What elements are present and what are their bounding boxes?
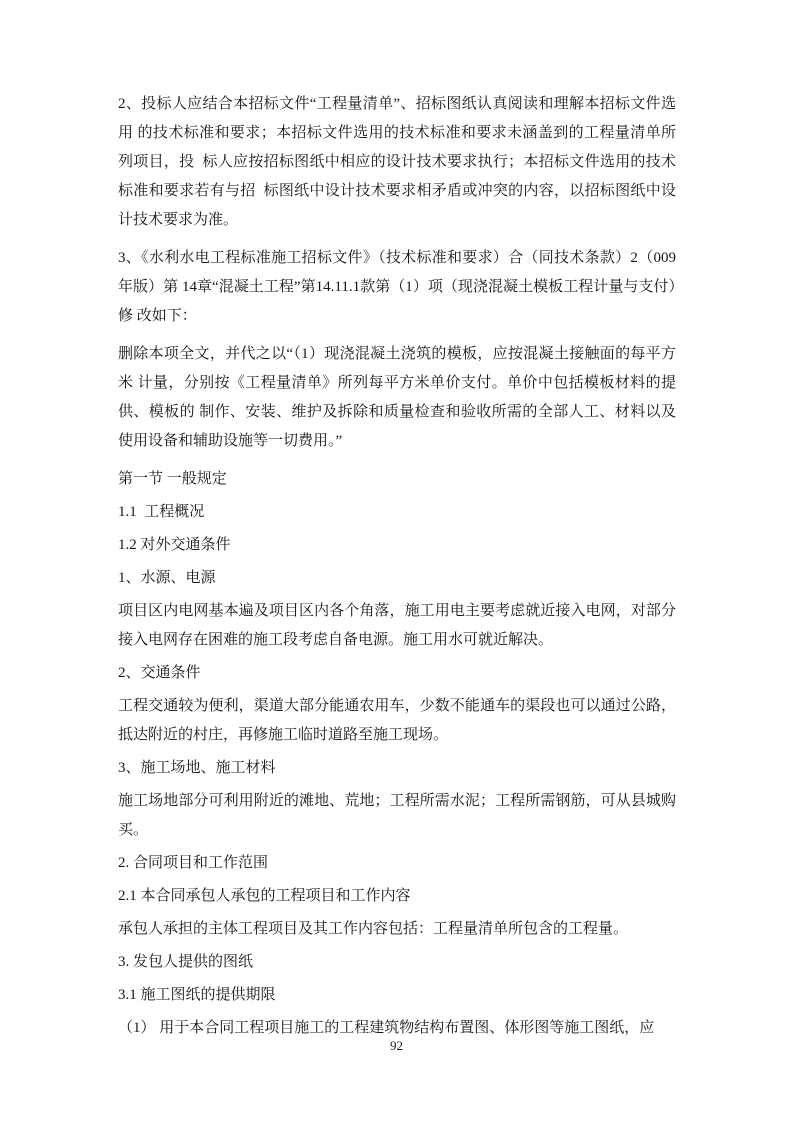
- paragraph-traffic-conditions: 工程交通较为便利，渠道大部分能通农用车，少数不能通车的渠段也可以通过公路， 抵达…: [118, 692, 676, 750]
- heading-3-1-drawing-provision-period: 3.1 施工图纸的提供期限: [118, 981, 676, 1010]
- paragraph-site-and-materials: 施工场地部分可利用附近的滩地、荒地；工程所需水泥；工程所需钢筋，可从县城购 买。: [118, 787, 676, 845]
- heading-2-traffic-conditions: 2、交通条件: [118, 659, 676, 688]
- heading-1-2-external-traffic-conditions: 1.2 对外交通条件: [118, 531, 676, 560]
- paragraph-power-water-supply: 项目区内电网基本遍及项目区内各个角落，施工用电主要考虑就近接入电网，对部分 接入…: [118, 597, 676, 655]
- heading-1-water-power-sources: 1、水源、电源: [118, 564, 676, 593]
- paragraph-contractor-scope: 承包人承担的主体工程项目及其工作内容包括：工程量清单所包含的工程量。: [118, 915, 676, 944]
- paragraph-deletion-replacement: 删除本项全文，并代之以“（1）现浇混凝土浇筑的模板，应按混凝土接触面的每平方米 …: [118, 340, 676, 456]
- page-content: 2、投标人应结合本招标文件“工程量清单”、招标图纸认真阅读和理解本招标文件选用 …: [118, 90, 676, 1047]
- heading-2-1-contractor-items-content: 2.1 本合同承包人承包的工程项目和工作内容: [118, 882, 676, 911]
- paragraph-3-standard-doc-amendment: 3、《水利水电工程标准施工招标文件》（技术标准和要求）合（同技术条款）2（009…: [118, 244, 676, 331]
- heading-3-site-and-materials: 3、施工场地、施工材料: [118, 754, 676, 783]
- heading-2-contract-items-scope: 2. 合同项目和工作范围: [118, 849, 676, 878]
- paragraph-2-bidder-instructions: 2、投标人应结合本招标文件“工程量清单”、招标图纸认真阅读和理解本招标文件选用 …: [118, 90, 676, 235]
- document-page: 2、投标人应结合本招标文件“工程量清单”、招标图纸认真阅读和理解本招标文件选用 …: [0, 0, 793, 1122]
- heading-3-employer-drawings: 3. 发包人提供的图纸: [118, 948, 676, 977]
- heading-1-1-project-overview: 1.1 工程概况: [118, 498, 676, 527]
- heading-section-1-general-rules: 第一节 一般规定: [118, 465, 676, 494]
- page-number: 92: [0, 1036, 793, 1056]
